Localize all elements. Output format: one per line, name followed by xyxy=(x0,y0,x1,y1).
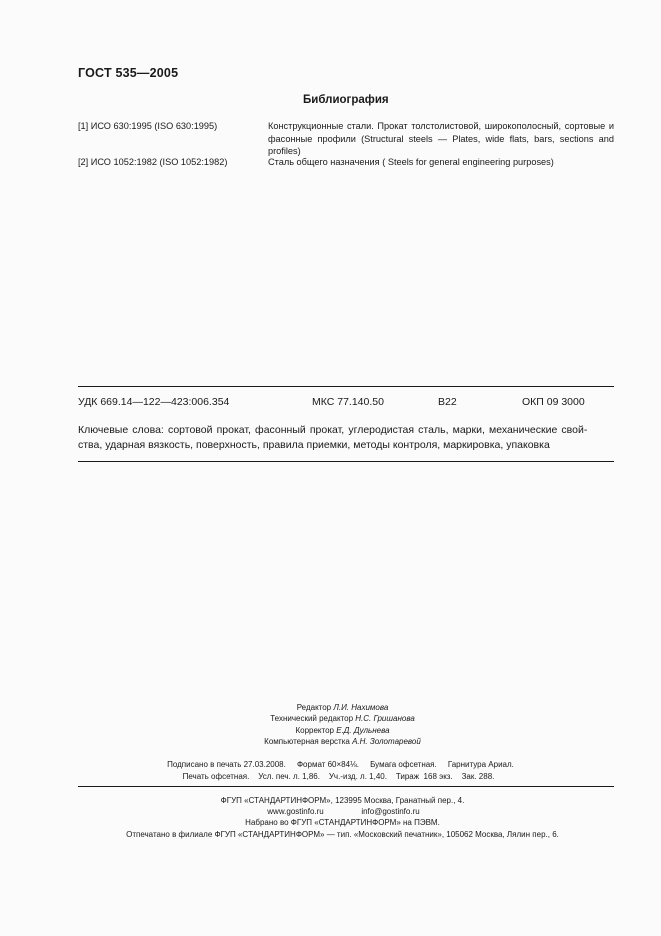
tech-editor-label: Технический редактор xyxy=(270,714,353,723)
corrector-line: Корректор Е.Д. Дульнева xyxy=(12,726,661,735)
printed-line: Отпечатано в филиале ФГУП «СТАНДАРТИНФОР… xyxy=(12,830,661,839)
editor-label: Редактор xyxy=(297,703,331,712)
document-code: ГОСТ 535—2005 xyxy=(78,66,178,80)
mks-code: МКС 77.140.50 xyxy=(312,396,384,408)
layout-label: Компьютерная верстка xyxy=(264,737,350,746)
publisher-email: info@gostinfo.ru xyxy=(60,807,661,816)
print-info-line-2: Печать офсетная. Усл. печ. л. 1,86. Уч.-… xyxy=(8,772,661,781)
bibliography-desc-1: Конструкционные стали. Прокат толстолист… xyxy=(268,120,614,158)
bibliography-ref-1: [1] ИСО 630:1995 (ISO 630:1995) xyxy=(78,121,217,131)
tech-editor-name: Н.С. Гришанова xyxy=(355,714,415,723)
bibliography-title: Библиография xyxy=(303,94,389,106)
divider-imprint xyxy=(78,786,614,787)
typeset-line: Набрано во ФГУП «СТАНДАРТИНФОРМ» на ПЭВМ… xyxy=(12,818,661,827)
keywords-line-1: Ключевые слова: сортовой прокат, фасонны… xyxy=(78,423,614,438)
divider-top xyxy=(78,386,614,387)
group-code: В22 xyxy=(438,396,457,408)
publisher-address: ФГУП «СТАНДАРТИНФОРМ», 123995 Москва, Гр… xyxy=(12,796,661,805)
okp-code: ОКП 09 3000 xyxy=(522,396,585,408)
bibliography-desc-2: Сталь общего назначения ( Steels for gen… xyxy=(268,157,554,167)
corrector-label: Корректор xyxy=(295,726,334,735)
corrector-name: Е.Д. Дульнева xyxy=(336,726,389,735)
tech-editor-line: Технический редактор Н.С. Гришанова xyxy=(12,714,661,723)
udk-code: УДК 669.14—122—423:006.354 xyxy=(78,396,229,408)
keywords: Ключевые слова: сортовой прокат, фасонны… xyxy=(78,423,614,453)
bibliography-ref-2: [2] ИСО 1052:1982 (ISO 1052:1982) xyxy=(78,157,227,167)
keywords-line-2: ства, ударная вязкость, поверхность, пра… xyxy=(78,438,614,453)
layout-name: А.Н. Золотаревой xyxy=(352,737,421,746)
print-info-line-1: Подписано в печать 27.03.2008. Формат 60… xyxy=(10,760,661,769)
divider-keywords xyxy=(78,461,614,462)
editor-line: Редактор Л.И. Нахимова xyxy=(12,703,661,712)
layout-line: Компьютерная верстка А.Н. Золотаревой xyxy=(12,737,661,746)
editor-name: Л.И. Нахимова xyxy=(333,703,388,712)
